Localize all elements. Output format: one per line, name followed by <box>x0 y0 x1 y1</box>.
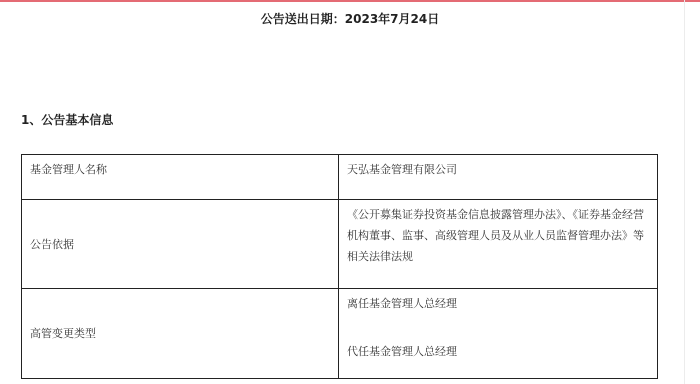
info-table: 基金管理人名称 天弘基金管理有限公司 公告依据 《公开募集证券投资基金信息披露管… <box>21 154 658 379</box>
fund-manager-label: 基金管理人名称 <box>22 155 339 200</box>
change-type-acting: 代任基金管理人总经理 <box>347 341 649 362</box>
table-row: 高管变更类型 离任基金管理人总经理 代任基金管理人总经理 <box>22 289 658 379</box>
basis-value: 《公开募集证券投资基金信息披露管理办法》、《证券基金经营机构董事、监事、高级管理… <box>339 200 658 289</box>
table-row: 公告依据 《公开募集证券投资基金信息披露管理办法》、《证券基金经营机构董事、监事… <box>22 200 658 289</box>
table-row: 基金管理人名称 天弘基金管理有限公司 <box>22 155 658 200</box>
section-title: 1、公告基本信息 <box>21 111 113 128</box>
top-accent-bar <box>0 0 700 2</box>
change-type-value: 离任基金管理人总经理 代任基金管理人总经理 <box>339 289 658 379</box>
right-divider <box>684 0 685 384</box>
change-type-departure: 离任基金管理人总经理 <box>347 293 649 314</box>
change-type-label: 高管变更类型 <box>22 289 339 379</box>
fund-manager-value: 天弘基金管理有限公司 <box>339 155 658 200</box>
basis-label: 公告依据 <box>22 200 339 289</box>
basis-text: 《公开募集证券投资基金信息披露管理办法》、《证券基金经营机构董事、监事、高级管理… <box>347 204 649 267</box>
announcement-date: 公告送出日期：2023年7月24日 <box>0 10 700 27</box>
